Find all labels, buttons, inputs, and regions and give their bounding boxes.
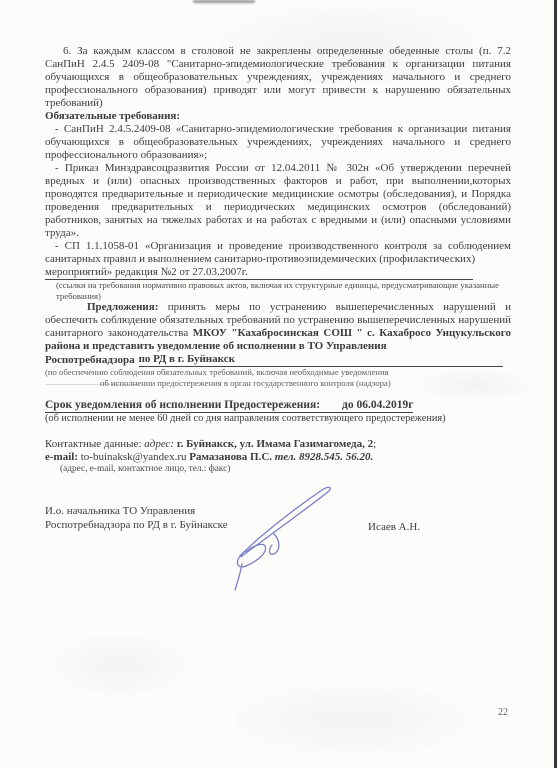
deadline-line: Срок уведомления об исполнении Предостер…	[45, 399, 413, 413]
proposals-label: Предложения:	[87, 301, 158, 313]
scan-line-artifact	[45, 384, 140, 385]
requirement-item-sp: - СП 1.1.1058-01 «Организация и проведен…	[45, 240, 511, 266]
violation-paragraph: 6. За каждым классом в столовой не закре…	[45, 45, 511, 110]
scan-noise-artifact	[235, 685, 470, 755]
notification-footnote-line1: (по обеспечению соблюдения обязательных …	[45, 367, 511, 378]
org-name-underlined: по РД в г. Буйнакск	[139, 353, 235, 367]
signatory-name: Исаев А.Н.	[368, 521, 420, 533]
address-value: г. Буйнакск, ул. Имама Газимагомеда, 2	[177, 438, 373, 450]
requirement-item-prikaz: - Приказ Минздравсоцразвития России от 1…	[45, 162, 511, 240]
contacts-footnote: (адрес, e-mail, контактное лицо, тел.: ф…	[45, 464, 511, 475]
scan-noise-artifact	[55, 635, 185, 695]
signature-scribble	[228, 478, 340, 600]
requirement-item-sp-underlined-line: мероприятий» редакция №2 от 27.03.2007г.	[45, 266, 473, 280]
rospotrebnadzor-line: Роспотребнадзора по РД в г. Буйнакск	[45, 353, 503, 367]
contacts-line-address: Контактные данные: адрес: г. Буйнакск, у…	[45, 438, 511, 451]
signatory-title-line1: И.о. начальника ТО Управления	[45, 505, 228, 519]
sp-edition-text: мероприятий» редакция №2 от 27.03.2007г.	[45, 266, 248, 280]
proposals-paragraph: Предложения: принять меры по устранению …	[45, 301, 511, 353]
contacts-label: Контактные данные:	[45, 438, 142, 450]
deadline-label: Срок уведомления об исполнении Предостер…	[45, 399, 320, 412]
email-label: e-mail:	[45, 451, 78, 463]
notification-footnote-line2: об исполнении предостережения в орган го…	[45, 378, 511, 389]
phone-value: тел. 8928.545. 56.20.	[275, 451, 373, 463]
page-number: 22	[498, 707, 508, 718]
email-value: to-buinaksk@yandex.ru	[81, 451, 187, 463]
scan-edge-artifact	[554, 0, 557, 768]
signatory-title: И.о. начальника ТО Управления Роспотребн…	[45, 505, 228, 532]
mandatory-requirements-heading: Обязательные требования:	[45, 110, 511, 123]
requirement-item-sanpin: - СанПиН 2.4.5.2409-08 «Санитарно-эпидем…	[45, 123, 511, 162]
address-label: адрес:	[144, 438, 174, 450]
deadline-date: до 06.04.2019г	[342, 399, 413, 412]
document-body: 6. За каждым классом в столовой не закре…	[45, 45, 511, 475]
references-footnote: (ссылки на требования нормативно правовы…	[45, 280, 511, 301]
address-tail: ;	[373, 438, 376, 450]
deadline-note: (об исполнении не менее 60 дней со дня н…	[45, 413, 511, 426]
scan-smudge-artifact	[193, 0, 255, 3]
signatory-title-line2: Роспотребнадзора по РД в г. Буйнакске	[45, 519, 228, 533]
contact-person: Рамазанова П.С.	[189, 451, 272, 463]
org-name-plain: Роспотребнадзора	[45, 354, 135, 367]
contacts-line-email: e-mail: to-buinaksk@yandex.ru Рамазанова…	[45, 451, 511, 464]
document-page: 6. За каждым классом в столовой не закре…	[0, 0, 558, 768]
